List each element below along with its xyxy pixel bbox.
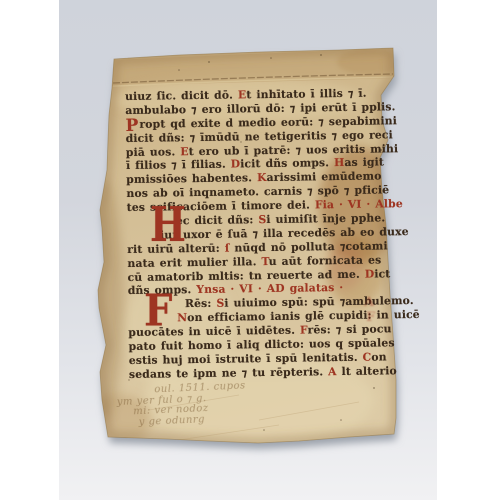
rubric-segment: D	[231, 158, 241, 171]
text-segment: rēs: ⁊ si pocu	[308, 322, 392, 336]
initial-f: F	[144, 289, 172, 333]
rubric-segment: S	[258, 213, 266, 226]
text-segment: on	[371, 350, 387, 363]
text-segment: pmissiōes habentes.	[126, 172, 257, 187]
text-segment: uiuz ſic. dicit dō.	[125, 88, 238, 103]
text-segment: as igit	[344, 156, 384, 170]
text-segment: piā uos.	[126, 145, 181, 159]
rubric-segment: A	[328, 365, 337, 378]
text-segment: lt alterio	[337, 364, 397, 378]
photo-background: uiuz ſic. dicit dō. Et inhītato ī illis …	[59, 0, 437, 500]
text-segment: Rēs:	[185, 297, 217, 310]
text-segment: ict	[374, 267, 390, 280]
red-offset-mark: F	[366, 310, 375, 325]
rubric-segment: H	[334, 156, 345, 169]
initial-h: H	[150, 201, 186, 249]
rubric-segment: E	[180, 145, 189, 158]
rubric-segment: D	[365, 267, 375, 280]
text-segment: ī filios ⁊ ī filias.	[126, 158, 231, 172]
text-segment: icit dñs omps.	[240, 157, 334, 171]
text-segment: nūqd nō polluta ⁊cotami	[229, 239, 387, 254]
rubric-segment: N	[177, 311, 187, 324]
text-segment: ec dicit dñs:	[176, 213, 259, 227]
text-segment: t inhītato ī illis ⁊ ī.	[246, 87, 366, 102]
text-segment: u aūt fornicata es	[269, 253, 382, 268]
rubric-segment: Fia · VI · Albe	[315, 197, 403, 211]
text-segment: nata erit mulier illa.	[127, 255, 261, 270]
red-offset-mark: A	[364, 295, 374, 310]
rubric-segment: Ynsa · VI · AD galatas ·	[196, 281, 343, 296]
text-segment: arissimi emūdemo	[267, 170, 382, 185]
screenshot-root: uiuz ſic. dicit dō. Et inhītato ī illis …	[0, 0, 500, 500]
text-segment: i uimiſit īnje pphe.	[266, 211, 385, 226]
rubric-segment: C	[363, 351, 372, 364]
